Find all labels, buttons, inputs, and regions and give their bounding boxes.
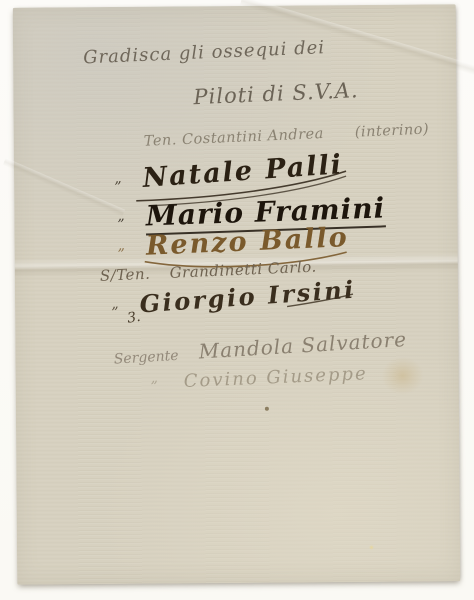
ditto-mark: „ [117, 238, 125, 254]
annotation-mark: 3. [126, 309, 142, 327]
paper-sheet: Gradisca gli ossequi dei Piloti di S.V.A… [13, 4, 461, 584]
ink-speck [265, 407, 269, 411]
stain-bright-speck [369, 545, 374, 550]
ditto-mark: „ [114, 170, 122, 186]
crease-diagonal-left [3, 158, 125, 217]
entry-costantini: Ten. Costantini Andrea (interino) [144, 122, 430, 150]
signature-natale-palli: Natale Palli [142, 149, 344, 194]
salutation-line: Gradisca gli ossequi dei [83, 37, 326, 68]
signature-mandola-salvatore: Mandola Salvatore [198, 327, 408, 364]
entry-name: Costantini Andrea [182, 126, 324, 148]
stain-yellow [381, 357, 423, 395]
entry-covino: „ Covino Giuseppe [150, 361, 368, 393]
rank-label: Sergente [113, 348, 179, 368]
ditto-mark: „ [150, 370, 160, 386]
photo-background: Gradisca gli ossequi dei Piloti di S.V.A… [0, 0, 474, 600]
entry-palli: „ Natale Palli [113, 149, 344, 196]
signature-covino-giuseppe: Covino Giuseppe [183, 363, 368, 392]
rank-label: Ten. [144, 132, 178, 149]
rank-label: S/Ten. [100, 265, 151, 285]
ditto-mark: „ [111, 296, 119, 312]
entry-note: (interino) [355, 122, 430, 141]
title-line: Piloti di S.V.A. [193, 78, 359, 109]
ditto-mark: „ [117, 208, 125, 224]
